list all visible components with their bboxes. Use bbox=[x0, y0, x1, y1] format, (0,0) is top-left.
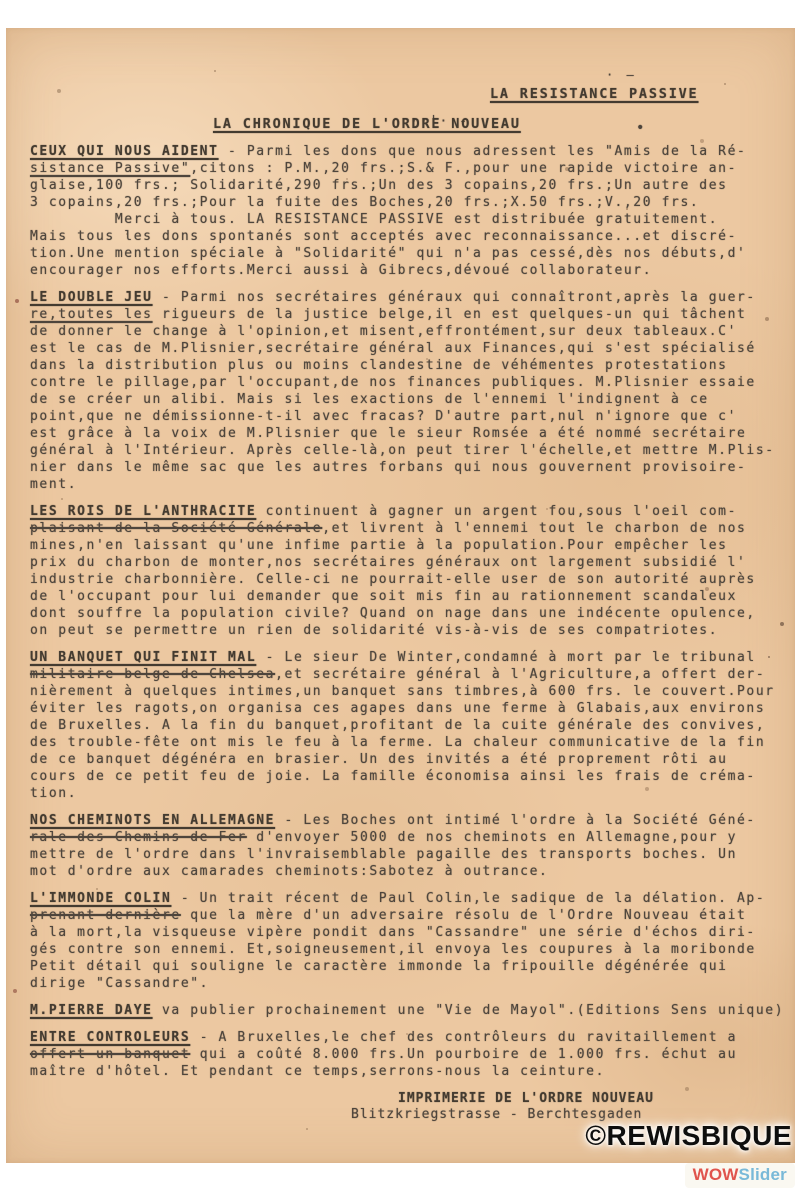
section-text: plaisant de la Société Générale bbox=[30, 521, 322, 536]
document-section: UN BANQUET QUI FINIT MAL - Le sieur De W… bbox=[30, 649, 792, 802]
document-section: LES ROIS DE L'ANTHRACITE continuent à ga… bbox=[30, 503, 792, 639]
section-heading: LE DOUBLE JEU bbox=[30, 290, 153, 305]
wowslider-brand-slider: Slider bbox=[739, 1165, 787, 1184]
section-text: va publier prochainement une "Vie de May… bbox=[153, 1003, 785, 1018]
section-text: - Le sieur De Winter,condamné à mort par… bbox=[256, 650, 756, 665]
document-body: CEUX QUI NOUS AIDENT - Parmi les dons qu… bbox=[30, 143, 792, 1090]
document-section: LE DOUBLE JEU - Parmi nos secrétaires gé… bbox=[30, 289, 792, 493]
document-section: M.PIERRE DAYE va publier prochainement u… bbox=[30, 1002, 792, 1019]
section-heading: M.PIERRE DAYE bbox=[30, 1003, 153, 1018]
document-page: · – ··'· - LA RESISTANCE PASSIVE LA CHRO… bbox=[6, 28, 795, 1163]
document-section: L'IMMONDE COLIN - Un trait récent de Pau… bbox=[30, 890, 792, 992]
section-text: ,et livrent à l'ennemi tout le charbon d… bbox=[30, 521, 756, 638]
section-heading: CEUX QUI NOUS AIDENT bbox=[30, 144, 219, 159]
section-heading: ENTRE CONTROLEURS bbox=[30, 1030, 190, 1045]
section-text: - A Bruxelles,le chef des contrôleurs du… bbox=[190, 1030, 737, 1045]
wowslider-brand-wow: WOW bbox=[693, 1165, 739, 1184]
document-section: CEUX QUI NOUS AIDENT - Parmi les dons qu… bbox=[30, 143, 792, 279]
section-heading: UN BANQUET QUI FINIT MAL bbox=[30, 650, 256, 665]
section-text: offert un banquet bbox=[30, 1047, 190, 1062]
stray-ink-dot: • bbox=[636, 120, 644, 136]
section-text: ,citons : P.M.,20 frs.;S.& F.,pour une r… bbox=[30, 161, 746, 278]
slide-canvas: · – ··'· - LA RESISTANCE PASSIVE LA CHRO… bbox=[0, 0, 800, 1200]
paper-speckles bbox=[6, 28, 8, 30]
imprint-line-1: IMPRIMERIE DE L'ORDRE NOUVEAU bbox=[398, 1091, 654, 1106]
section-heading: LES ROIS DE L'ANTHRACITE bbox=[30, 504, 256, 519]
section-text: re,toutes les bbox=[30, 307, 153, 322]
section-text: - Parmi les dons que nous adressent les … bbox=[219, 144, 747, 159]
section-text: rale des Chemins de Fer bbox=[30, 830, 247, 845]
section-text: - Les Boches ont intimé l'ordre à la Soc… bbox=[275, 813, 756, 828]
copyright-watermark: ©REWISBIQUE bbox=[585, 1120, 792, 1152]
page-title: LA CHRONIQUE DE L'ORDRE NOUVEAU bbox=[213, 116, 521, 132]
section-heading: L'IMMONDE COLIN bbox=[30, 891, 171, 906]
stray-ink-marks-top: · – bbox=[606, 68, 637, 82]
section-text: ,et secrétaire général à l'Agriculture,a… bbox=[30, 667, 775, 801]
section-text: - Parmi nos secrétaires généraux qui con… bbox=[153, 290, 756, 305]
document-section: NOS CHEMINOTS EN ALLEMAGNE - Les Boches … bbox=[30, 812, 792, 880]
section-text: militaire belge de Chelsea bbox=[30, 667, 275, 682]
section-text: continuent à gagner un argent fou,sous l… bbox=[256, 504, 737, 519]
section-text: rigueurs de la justice belge,il en est q… bbox=[30, 307, 775, 492]
section-text: prenant dernière bbox=[30, 908, 181, 923]
section-heading: NOS CHEMINOTS EN ALLEMAGNE bbox=[30, 813, 275, 828]
section-text: - Un trait récent de Paul Colin,le sadiq… bbox=[171, 891, 765, 906]
wowslider-brand-link[interactable]: WOWSlider bbox=[685, 1163, 795, 1188]
section-text: sistance Passive" bbox=[30, 161, 190, 176]
document-section: ENTRE CONTROLEURS - A Bruxelles,le chef … bbox=[30, 1029, 792, 1080]
masthead-title: LA RESISTANCE PASSIVE bbox=[490, 86, 698, 102]
